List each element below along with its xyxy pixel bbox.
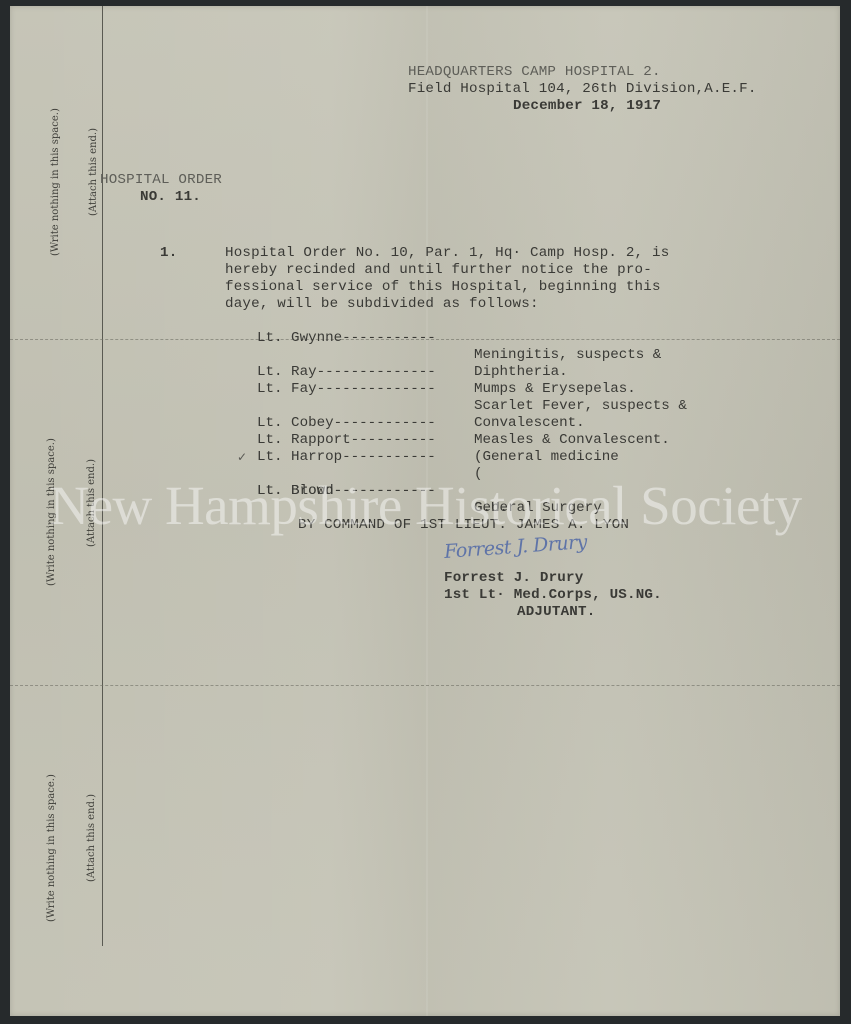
service-assignment: G.U. (474, 500, 508, 517)
margin-label-attach-end: (Attach this end.) (86, 459, 97, 547)
check-mark-icon: ✓ (237, 449, 247, 466)
assignment-row: Convalescent. (257, 381, 291, 398)
assignment-row: Lt. Rapport---------- (General medicine (257, 415, 291, 432)
document-page: (Write nothing in this space.) (Attach t… (10, 6, 840, 1016)
signatory-name: Forrest J. Drury (444, 570, 583, 587)
assignment-row: Lt. Gwynne----------- Meningitis, suspec… (257, 313, 291, 330)
assignment-row: Lt. Fay-------------- Scarlet Fever, sus… (257, 364, 291, 381)
service-assignment: ( (474, 466, 483, 483)
paragraph-line: daye, will be subdivided as follows: (225, 296, 539, 313)
officer-name: Lt. Brown------------ (257, 483, 436, 500)
assignment-row: Lt. Brown------------ G.U. (257, 466, 291, 483)
order-title: HOSPITAL ORDER (100, 172, 222, 189)
header-line-1: HEADQUARTERS CAMP HOSPITAL 2. (408, 64, 661, 81)
assignment-row: Lt. Cobey------------ Measles & Convales… (257, 398, 291, 415)
paragraph-line: Hospital Order No. 10, Par. 1, Hq· Camp … (225, 245, 669, 262)
margin-label-write-nothing: (Write nothing in this space.) (46, 774, 57, 922)
margin-label-write-nothing: (Write nothing in this space.) (50, 108, 61, 256)
assignment-list: Lt. Gwynne----------- Meningitis, suspec… (257, 313, 291, 483)
perforation-line (10, 685, 840, 686)
service-assignment: Scarlet Fever, suspects & (474, 398, 687, 415)
paper-fold (426, 6, 428, 1016)
assignment-row: Lt. Ray-------------- Mumps & Erysepelas… (257, 347, 291, 364)
service-assignment: Convalescent. (474, 415, 585, 432)
margin-label-write-nothing: (Write nothing in this space.) (46, 438, 57, 586)
service-assignment: (General medicine (474, 449, 619, 466)
signatory-rank: 1st Lt· Med.Corps, US.NG. (444, 587, 662, 604)
service-assignment: Measles & Convalescent. (474, 432, 670, 449)
service-assignment: Diphtheria. (474, 364, 568, 381)
assignment-row: Diphtheria. (257, 330, 291, 347)
assignment-row: ✓ Lt. Blood------------ General Surgery (257, 449, 291, 466)
header-line-2: Field Hospital 104, 26th Division,A.E.F. (408, 81, 757, 98)
service-assignment: Mumps & Erysepelas. (474, 381, 636, 398)
margin-label-attach-end: (Attach this end.) (86, 794, 97, 882)
paragraph-line: hereby recinded and until further notice… (225, 262, 652, 279)
paragraph-line: fessional service of this Hospital, begi… (225, 279, 661, 296)
signatory-title: ADJUTANT. (517, 604, 595, 621)
margin-rule-line (102, 6, 103, 946)
margin-label-attach-end: (Attach this end.) (88, 128, 99, 216)
paragraph-number: 1. (160, 245, 177, 262)
service-assignment: Meningitis, suspects & (474, 347, 661, 364)
assignment-row: Lt. Harrop----------- ( (257, 432, 291, 449)
header-date: December 18, 1917 (513, 98, 661, 115)
order-number: NO. 11. (140, 189, 201, 206)
